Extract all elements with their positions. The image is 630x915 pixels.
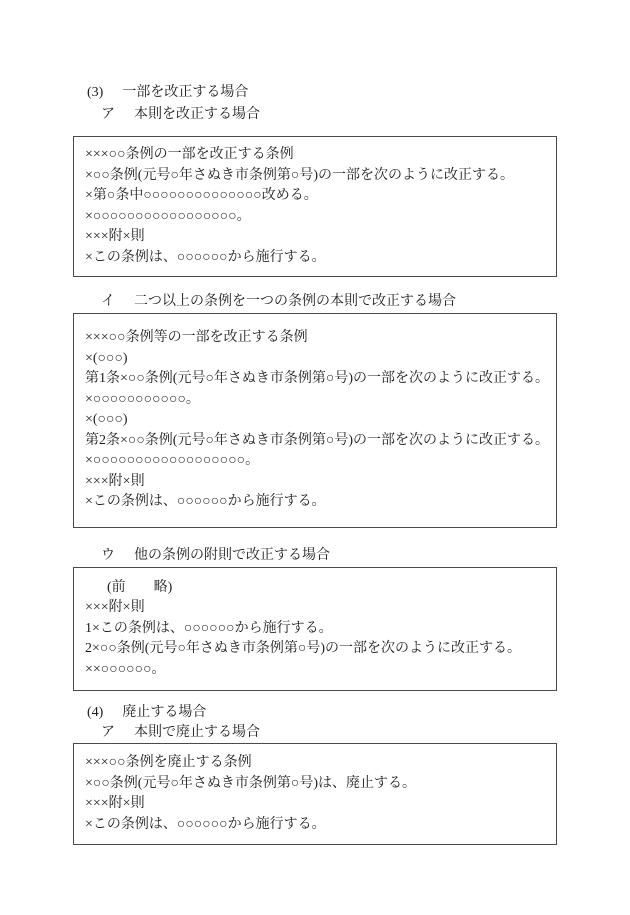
box4-line: ×○○条例(元号○年さぬき市条例第○号)は、廃止する。 xyxy=(85,774,545,795)
heading-i-amend-multiple-ordinances: イ二つ以上の条例を一つの条例の本則で改正する場合 xyxy=(73,291,557,313)
box2-line: ×○○○○○○○○○○○○○○○○○○。 xyxy=(85,451,545,472)
heading-u-amend-by-supplementary: ウ他の条例の附則で改正する場合 xyxy=(73,545,557,567)
heading-a-amend-main-provisions: ア本則を改正する場合 xyxy=(73,104,557,126)
example-box-amend-main: ×××○○条例の一部を改正する条例 ×○○条例(元号○年さぬき市条例第○号)の一… xyxy=(73,136,557,277)
box2-line: ×××附×則 xyxy=(85,472,545,493)
heading-a-marker: ア xyxy=(101,107,115,122)
box2-line: ×この条例は、○○○○○○から施行する。 xyxy=(85,492,545,513)
document-page: (3)一部を改正する場合 ア本則を改正する場合 ×××○○条例の一部を改正する条… xyxy=(0,0,630,915)
box2-line: 第1条×○○条例(元号○年さぬき市条例第○号)の一部を次のように改正する。 xyxy=(85,369,545,390)
box2-line: ×(○○○) xyxy=(85,410,545,431)
heading-u-label: 他の条例の附則で改正する場合 xyxy=(134,548,330,563)
heading-i-marker: イ xyxy=(101,294,115,309)
box1-line: ×××○○条例の一部を改正する条例 xyxy=(85,145,545,166)
box2-line: 第2条×○○条例(元号○年さぬき市条例第○号)の一部を次のように改正する。 xyxy=(85,431,545,452)
heading-3-amend-partially: (3)一部を改正する場合 xyxy=(73,82,557,104)
heading-4-marker: (4) xyxy=(87,705,103,720)
heading-4a-label: 本則で廃止する場合 xyxy=(134,725,260,740)
box4-line: ×この条例は、○○○○○○から施行する。 xyxy=(85,815,545,836)
box2-line: ×××○○条例等の一部を改正する条例 xyxy=(85,328,545,349)
heading-a-label: 本則を改正する場合 xyxy=(134,107,260,122)
heading-3-label: 一部を改正する場合 xyxy=(122,85,248,100)
heading-4-label: 廃止する場合 xyxy=(122,705,206,720)
box3-line: 1×この条例は、○○○○○○から施行する。 xyxy=(85,619,545,640)
heading-a-repeal-main: ア本則で廃止する場合 xyxy=(73,723,557,743)
example-box-repeal: ×××○○条例を廃止する条例 ×○○条例(元号○年さぬき市条例第○号)は、廃止す… xyxy=(73,743,557,845)
box3-line: 2×○○条例(元号○年さぬき市条例第○号)の一部を次のように改正する。 xyxy=(85,639,545,660)
box3-line: ×××附×則 xyxy=(85,598,545,619)
example-box-amend-supplementary: (前 略) ×××附×則 1×この条例は、○○○○○○から施行する。 2×○○条… xyxy=(73,567,557,692)
box1-line: ×第○条中○○○○○○○○○○○○○○改める。 xyxy=(85,186,545,207)
example-box-amend-multiple: ×××○○条例等の一部を改正する条例 ×(○○○) 第1条×○○条例(元号○年さ… xyxy=(73,313,557,528)
box3-line: (前 略) xyxy=(85,578,545,599)
box1-line: ×○○○○○○○○○○○○○○○○○。 xyxy=(85,207,545,228)
heading-4a-marker: ア xyxy=(101,725,115,740)
box1-line: ×○○条例(元号○年さぬき市条例第○号)の一部を次のように改正する。 xyxy=(85,166,545,187)
box4-line: ×××附×則 xyxy=(85,794,545,815)
box1-line: ×この条例は、○○○○○○から施行する。 xyxy=(85,248,545,269)
box2-line: ×(○○○) xyxy=(85,349,545,370)
heading-4-repeal: (4)廃止する場合 xyxy=(73,703,557,723)
heading-3-marker: (3) xyxy=(87,85,103,100)
box2-line: ×○○○○○○○○○○○。 xyxy=(85,390,545,411)
box3-line: ××○○○○○○。 xyxy=(85,660,545,681)
document-content: (3)一部を改正する場合 ア本則を改正する場合 ×××○○条例の一部を改正する条… xyxy=(73,82,557,845)
heading-u-marker: ウ xyxy=(101,548,115,563)
heading-i-label: 二つ以上の条例を一つの条例の本則で改正する場合 xyxy=(134,294,456,309)
box4-line: ×××○○条例を廃止する条例 xyxy=(85,753,545,774)
box1-line: ×××附×則 xyxy=(85,227,545,248)
